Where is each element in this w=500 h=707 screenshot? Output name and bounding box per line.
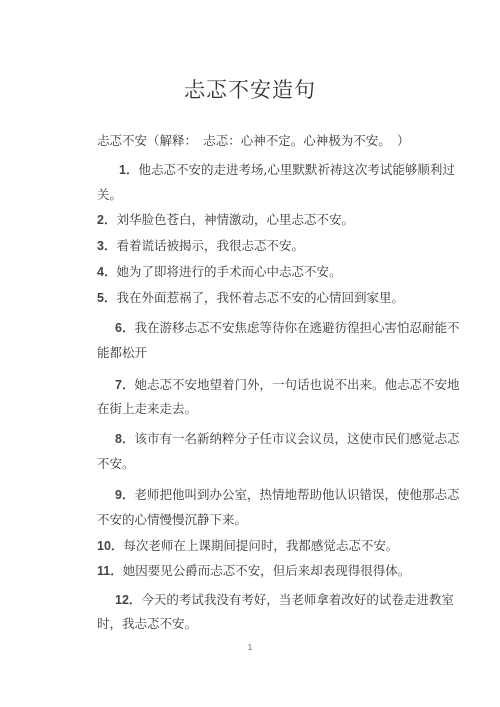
sentence-text: 今天的考试我没有考好，当老师拿着改好的试卷走进教室 [141,592,454,607]
sentence-text: 看着谎话被揭示，我很忐忑不安。 [116,238,304,253]
sentence-number: 8． [115,432,134,446]
sentence-3: 3．看着谎话被揭示，我很忐忑不安。 [97,236,304,254]
sentence-11: 11．她因要见公爵而忐忑不安，但后来却表现得很得体。 [97,561,410,579]
sentence-number: 2． [97,213,116,227]
sentence-number: 4． [97,265,116,279]
sentence-1-cont: 关。 [97,185,122,203]
sentence-8: 8．该市有一名新纳粹分子任市议会议员，这使市民们感觉忐忑 [115,429,459,447]
sentence-10: 10．每次老师在上课期间提问时，我都感觉忐忑不安。 [97,536,398,554]
sentence-text: 我在外面惹祸了，我怀着忐忑不安的心情回到家里。 [116,290,404,305]
sentence-6-cont: 能都松开 [97,343,147,361]
sentence-6: 6．我在游移忐忑不安焦虑等待你在逃避彷徨担心害怕忍耐能不 [115,318,459,336]
sentence-text: 我在游移忐忑不安焦虑等待你在逃避彷徨担心害怕忍耐能不 [134,320,459,335]
sentence-text: 该市有一名新纳粹分子任市议会议员，这使市民们感觉忐忑 [134,431,459,446]
sentence-4: 4．她为了即将进行的手术而心中忐忑不安。 [97,262,341,280]
sentence-number: 6． [115,321,134,335]
sentence-8-cont: 不安。 [97,454,135,472]
sentence-2: 2．刘华脸色苍白，神情激动，心里忐忑不安。 [97,210,354,228]
intro-definition: 忐忑不安（解释： 忐忑：心神不定。心神极为不安。 ） [97,131,410,149]
sentence-9: 9．老师把他叫到办公室，热情地帮助他认识错误，使他那忐忑 [115,485,459,503]
sentence-7: 7．她忐忑不安地望着门外，一句话也说不出来。他忐忑不安地 [115,375,459,393]
sentence-text: 她为了即将进行的手术而心中忐忑不安。 [116,264,341,279]
sentence-7-cont: 在街上走来走去。 [97,399,197,417]
sentence-5: 5．我在外面惹祸了，我怀着忐忑不安的心情回到家里。 [97,288,404,306]
sentence-number: 5． [97,291,116,305]
sentence-text: 她忐忑不安地望着门外，一句话也说不出来。他忐忑不安地 [134,377,459,392]
sentence-9-cont: 不安的心情慢慢沉静下来。 [97,510,247,528]
sentence-text: 每次老师在上课期间提问时，我都感觉忐忑不安。 [123,538,398,553]
sentence-text: 她因要见公爵而忐忑不安，但后来却表现得很得体。 [123,563,411,578]
sentence-number: 11． [97,564,123,578]
sentence-12-cont: 时，我忐忑不安。 [97,614,197,632]
sentence-number: 3． [97,239,116,253]
page-number: 1 [0,643,500,652]
sentence-number: 10． [97,539,123,553]
sentence-12: 12．今天的考试我没有考好，当老师拿着改好的试卷走进教室 [115,590,454,608]
sentence-text: 刘华脸色苍白，神情激动，心里忐忑不安。 [116,212,354,227]
sentence-number: 7． [115,378,134,392]
sentence-number: 12． [115,593,141,607]
sentence-number: 9． [115,488,134,502]
document-title: 忐忑不安造句 [0,74,500,104]
sentence-1: 1．他忐忑不安的走进考场,心里默默祈祷这次考试能够顺利过 [119,160,455,178]
sentence-text: 老师把他叫到办公室，热情地帮助他认识错误，使他那忐忑 [134,487,459,502]
sentence-number: 1． [119,163,138,177]
sentence-text: 他忐忑不安的走进考场,心里默默祈祷这次考试能够顺利过 [138,162,454,177]
